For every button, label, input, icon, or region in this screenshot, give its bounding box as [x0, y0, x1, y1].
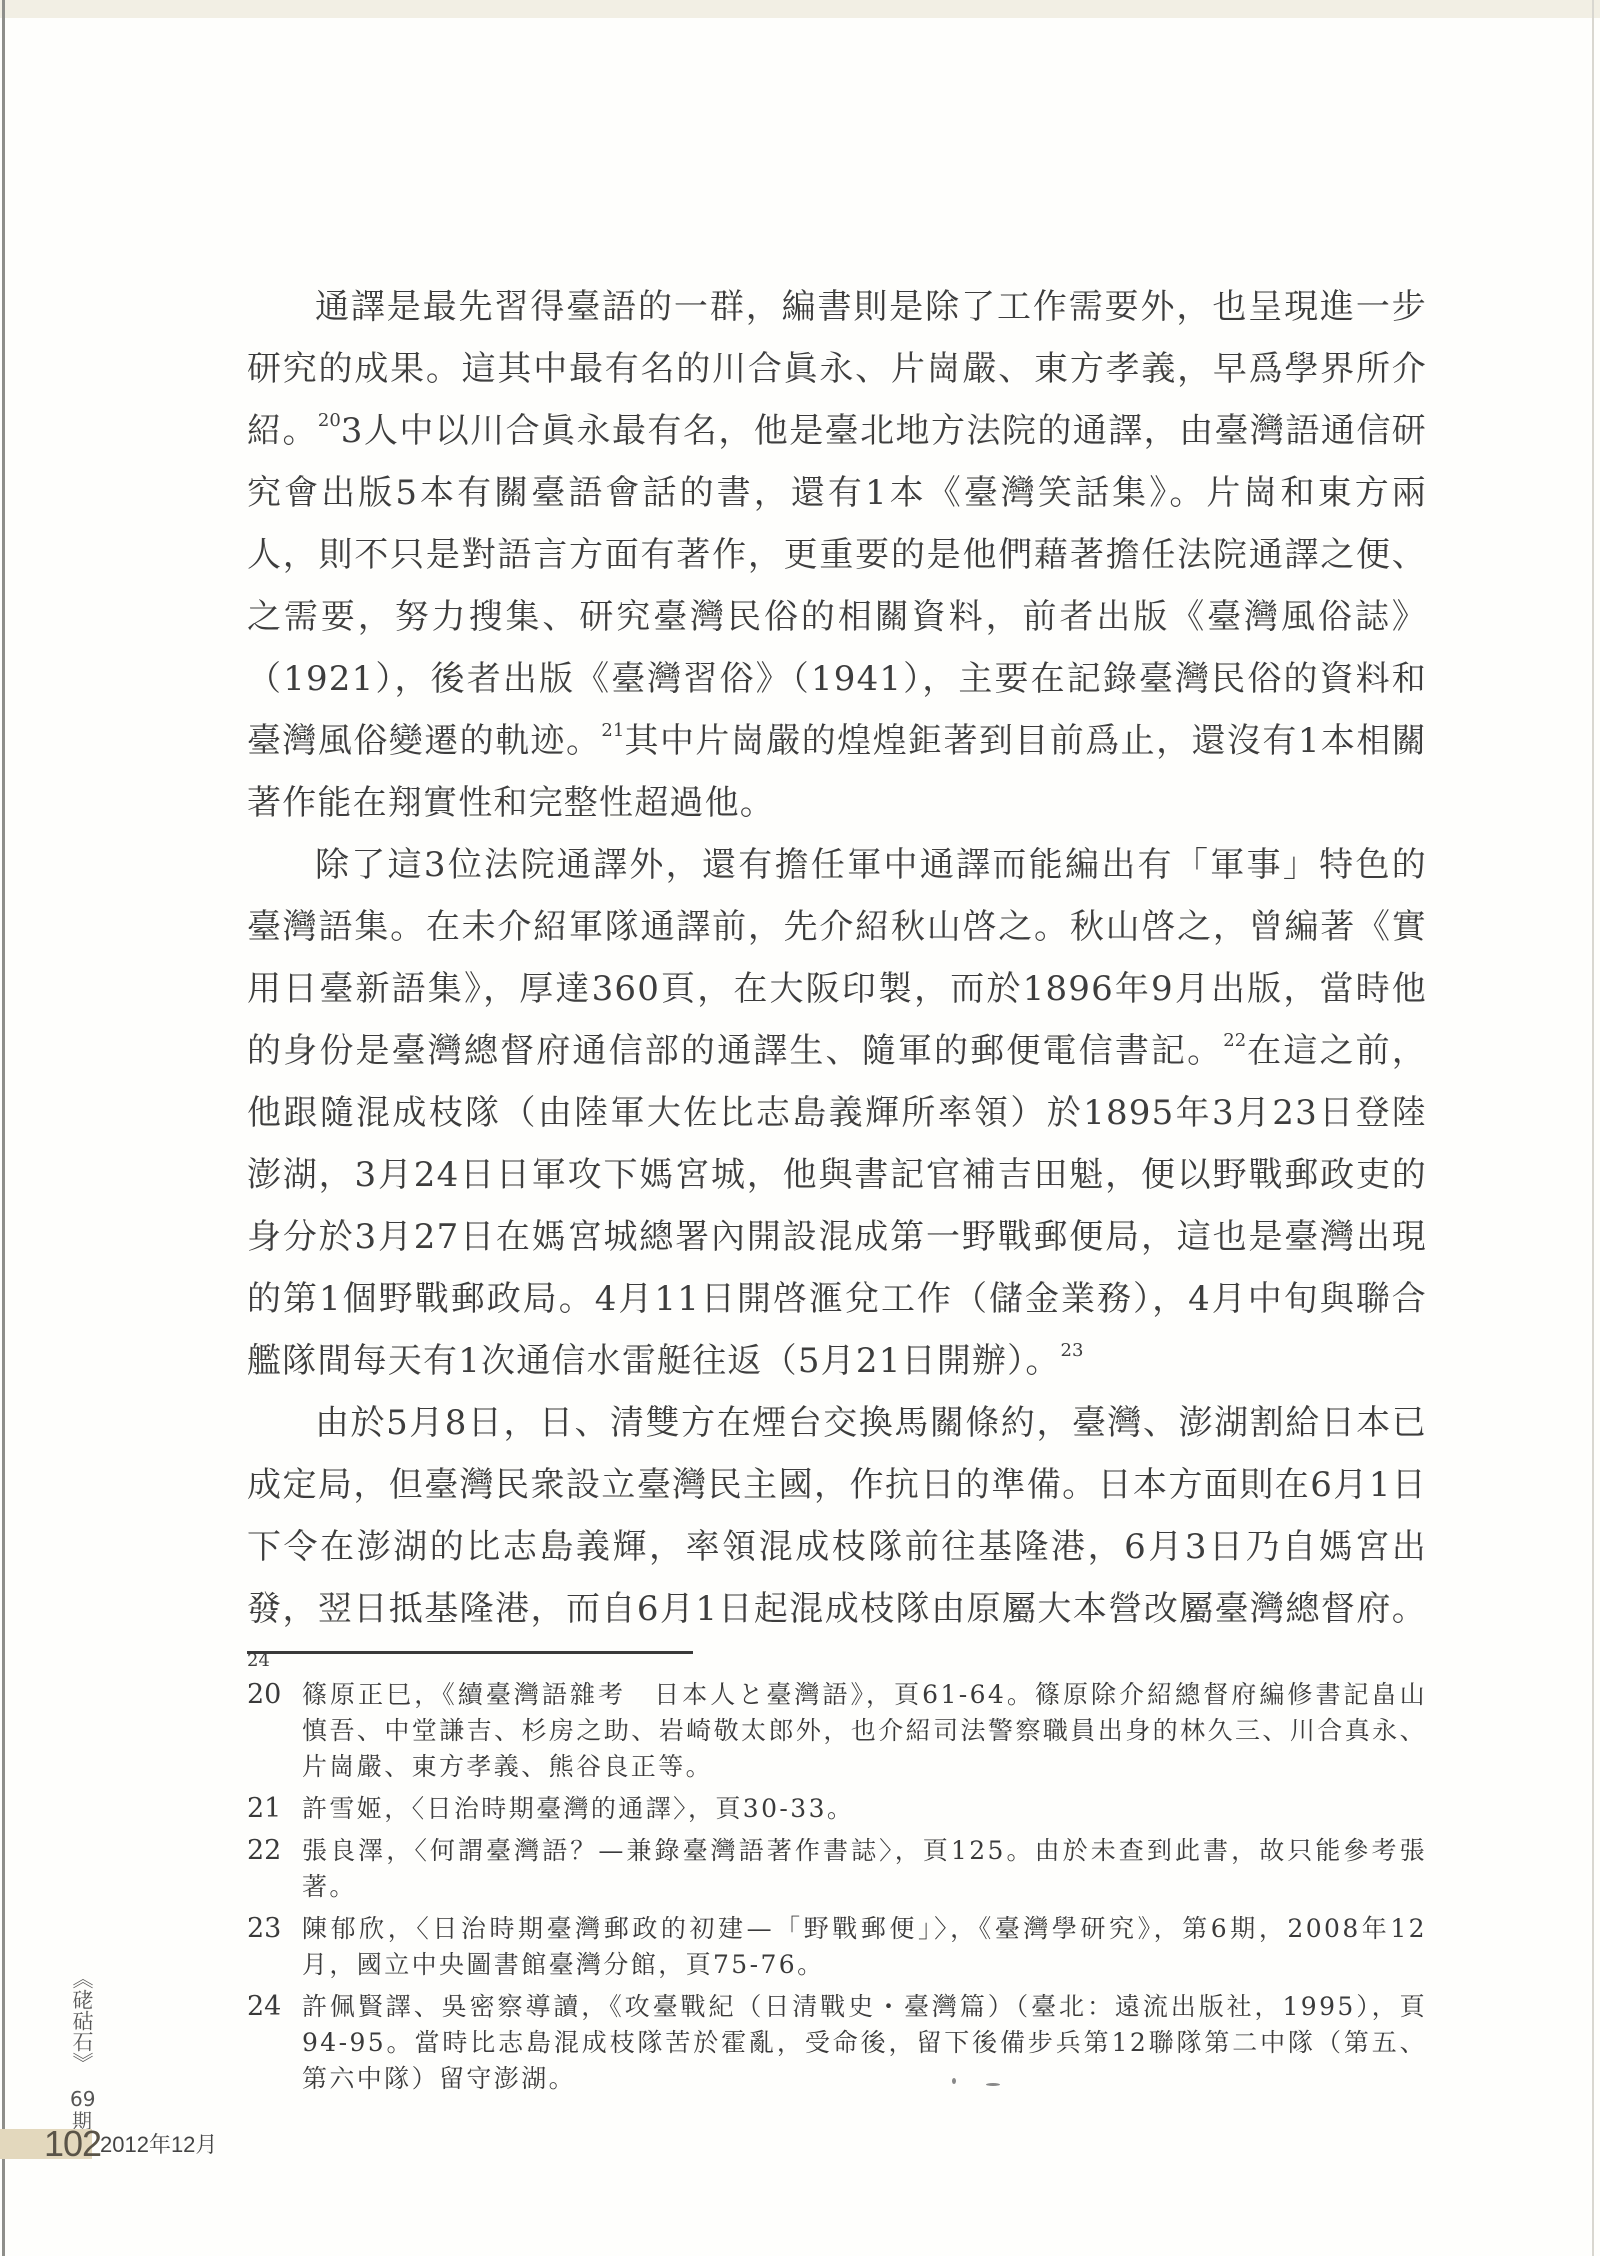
- footnote-text: 篠原正巳，《續臺灣語雜考 日本人と臺灣語》，頁61-64。篠原除介紹總督府編修書…: [302, 1677, 1427, 1785]
- footnote-number: 21: [247, 1791, 302, 1827]
- issue-number: 69: [70, 2088, 94, 2110]
- scan-speck: [952, 2078, 956, 2084]
- footnote-number: 22: [247, 1833, 302, 1905]
- footnote-text: 許佩賢譯、吳密察導讀，《攻臺戰紀（日清戰史・臺灣篇）（臺北：遠流出版社，1995…: [302, 1989, 1427, 2097]
- footnotes: 20 篠原正巳，《續臺灣語雜考 日本人と臺灣語》，頁61-64。篠原除介紹總督府…: [247, 1677, 1427, 2103]
- footnote-text: 陳郁欣，〈日治時期臺灣郵政的初建—「野戰郵便」〉，《臺灣學研究》，第6期，200…: [302, 1911, 1427, 1983]
- page-right-edge: [1592, 0, 1594, 2256]
- footnote-number: 23: [247, 1911, 302, 1983]
- footnote-ref: 20: [318, 410, 341, 431]
- scan-top-band: [0, 0, 1600, 18]
- footnote-text: 張良澤，〈何謂臺灣語？—兼錄臺灣語著作書誌〉，頁125。由於未查到此書，故只能參…: [302, 1833, 1427, 1905]
- article-body: 通譯是最先習得臺語的一群，編書則是除了工作需要外，也呈現進一步研究的成果。這其中…: [247, 276, 1427, 1702]
- paragraph-3: 由於5月8日，日、清雙方在煙台交換馬關條約，臺灣、澎湖割給日本已成定局，但臺灣民…: [247, 1392, 1427, 1702]
- publication-date: 2012年12月: [100, 2131, 217, 2159]
- footnote-text: 許雪姬，〈日治時期臺灣的通譯〉，頁30-33。: [302, 1791, 1427, 1827]
- footnote-20: 20 篠原正巳，《續臺灣語雜考 日本人と臺灣語》，頁61-64。篠原除介紹總督府…: [247, 1677, 1427, 1785]
- journal-title-vertical: 《硓𥑮石》: [70, 1968, 94, 2073]
- footnote-21: 21 許雪姬，〈日治時期臺灣的通譯〉，頁30-33。: [247, 1791, 1427, 1827]
- page-number: 102: [44, 2124, 101, 2164]
- paragraph-2: 除了這3位法院通譯外，還有擔任軍中通譯而能編出有「軍事」特色的臺灣語集。在未介紹…: [247, 834, 1427, 1392]
- scan-speck: [986, 2083, 1000, 2086]
- page-left-edge: [2, 0, 5, 2256]
- footnote-separator: [247, 1651, 693, 1654]
- footnote-24: 24 許佩賢譯、吳密察導讀，《攻臺戰紀（日清戰史・臺灣篇）（臺北：遠流出版社，1…: [247, 1989, 1427, 2097]
- footnote-number: 20: [247, 1677, 302, 1785]
- footnote-ref: 22: [1223, 1030, 1246, 1051]
- footnote-number: 24: [247, 1989, 302, 2097]
- footnote-ref: 23: [1061, 1340, 1084, 1361]
- paragraph-1: 通譯是最先習得臺語的一群，編書則是除了工作需要外，也呈現進一步研究的成果。這其中…: [247, 276, 1427, 834]
- footnote-23: 23 陳郁欣，〈日治時期臺灣郵政的初建—「野戰郵便」〉，《臺灣學研究》，第6期，…: [247, 1911, 1427, 1983]
- footnote-22: 22 張良澤，〈何謂臺灣語？—兼錄臺灣語著作書誌〉，頁125。由於未查到此書，故…: [247, 1833, 1427, 1905]
- footnote-ref: 21: [601, 720, 624, 741]
